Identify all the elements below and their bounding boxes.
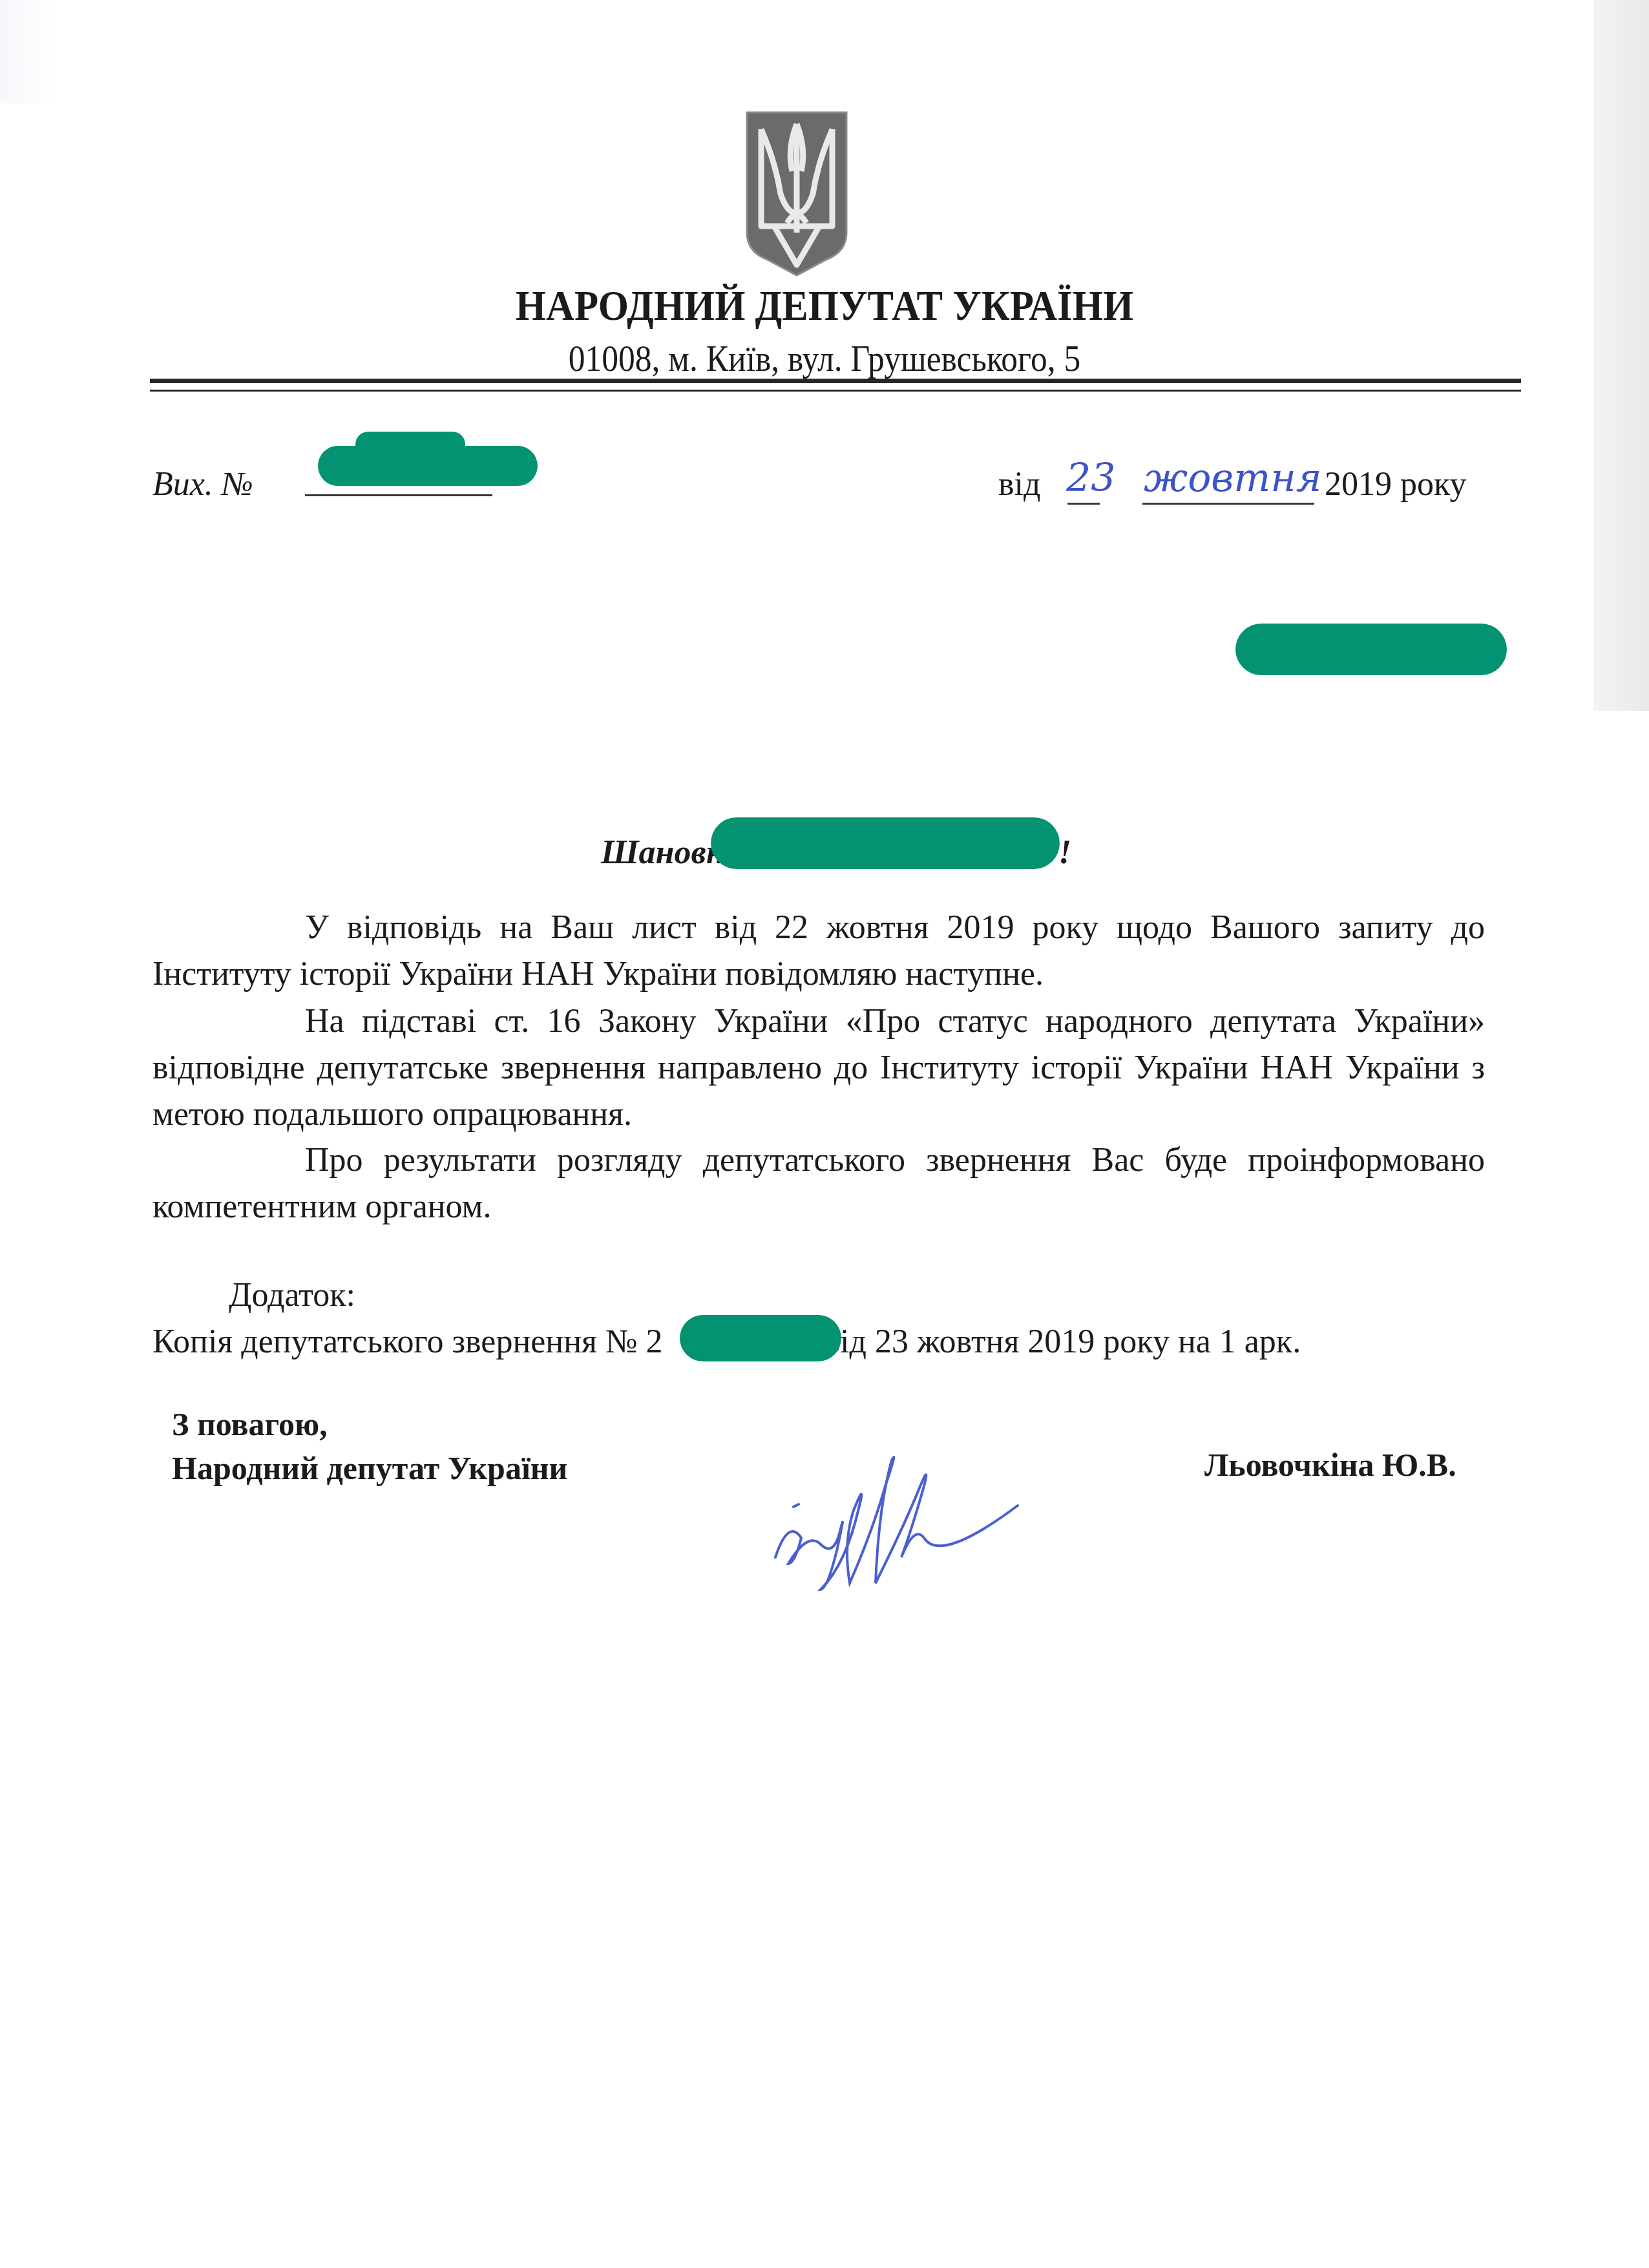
signer-name: Льовочкіна Ю.В.	[1204, 1446, 1456, 1484]
attachment-text-before: Копія депутатського звернення № 2	[152, 1323, 663, 1360]
date-year: 2019 року	[1325, 465, 1467, 503]
outgoing-number-underline	[305, 494, 492, 496]
coat-of-arms-icon	[742, 110, 852, 278]
scan-edge-shadow	[1593, 0, 1649, 711]
outgoing-number-label: Вих. №	[152, 465, 253, 503]
closing-position: Народний депутат України	[172, 1446, 567, 1490]
date-prefix: від	[998, 465, 1040, 503]
signature-icon	[762, 1434, 1034, 1615]
date-day-handwritten: 23	[1066, 456, 1115, 501]
header-rule-thin	[150, 390, 1521, 392]
date-month-underline	[1142, 503, 1314, 505]
attachment-number-redaction	[680, 1315, 841, 1361]
recipient-redaction	[1235, 624, 1507, 675]
letterhead-title: НАРОДНИЙ ДЕПУТАТ УКРАЇНИ	[66, 282, 1583, 331]
outgoing-number-redaction-top	[355, 432, 465, 457]
salutation-suffix: !	[1058, 834, 1071, 872]
letterhead-address: 01008, м. Київ, вул. Грушевського, 5	[66, 339, 1583, 380]
date-month-handwritten: жовтня	[1144, 456, 1321, 501]
attachment-label: Додаток:	[229, 1276, 355, 1314]
body-paragraph-2: На підставі ст. 16 Закону України «Про с…	[152, 998, 1485, 1138]
closing-regards: З повагою,	[172, 1402, 567, 1446]
salutation-name-redaction	[711, 817, 1060, 869]
date-day-underline	[1067, 503, 1100, 505]
closing-block: З повагою, Народний депутат України	[172, 1402, 567, 1490]
body-paragraph-3: Про результати розгляду депутатського зв…	[152, 1137, 1485, 1230]
body-paragraph-1: У відповідь на Ваш лист від 22 жовтня 20…	[152, 905, 1485, 998]
header-rule-thick	[150, 379, 1521, 383]
scan-edge-left	[0, 0, 58, 103]
attachment-text-after: від 23 жовтня 2019 року на 1 арк.	[824, 1323, 1301, 1360]
